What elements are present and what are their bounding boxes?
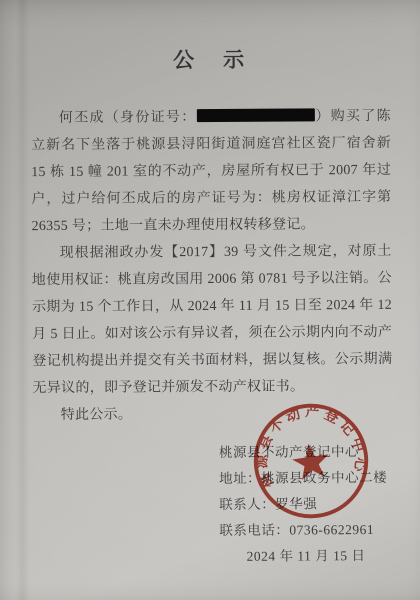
notice-document: 公 示 何丕成（身份证号：）购买了陈立新名下坐落于桃源县浔阳街道洞庭宫社区瓷厂宿…: [0, 0, 420, 600]
signature-block: 桃源县不动产登记中心 地址：桃源县政务中心二楼 联系人：罗华强 联系电话：073…: [33, 439, 394, 571]
signature-contact: 联系人：罗华强: [219, 491, 393, 518]
paragraph-1-after-redaction: ）购买了陈立新名下坐落于桃源县浔阳街道洞庭宫社区瓷厂宿舍新 15 栋 15 幢 …: [31, 109, 391, 234]
paragraph-2: 现根据湘政办发【2017】39 号文件之规定，对原土地使用权证：桃直房改国用 2…: [32, 238, 393, 402]
paragraph-1-before-redaction: 何丕成（身份证号：: [59, 110, 197, 126]
redaction-bar: [196, 108, 314, 122]
paragraph-3-closing: 特此公示。: [33, 400, 393, 429]
signature-address: 地址：桃源县政务中心二楼: [219, 465, 393, 492]
paragraph-1: 何丕成（身份证号：）购买了陈立新名下坐落于桃源县浔阳街道洞庭宫社区瓷厂宿舍新 1…: [31, 103, 392, 240]
notice-body: 何丕成（身份证号：）购买了陈立新名下坐落于桃源县浔阳街道洞庭宫社区瓷厂宿舍新 1…: [31, 103, 393, 429]
notice-title: 公 示: [30, 43, 390, 75]
signature-phone: 联系电话：0736-6622961: [219, 517, 393, 544]
signature-org: 桃源县不动产登记中心: [219, 439, 393, 466]
signature-date: 2024 年 11 月 15 日: [246, 543, 393, 570]
